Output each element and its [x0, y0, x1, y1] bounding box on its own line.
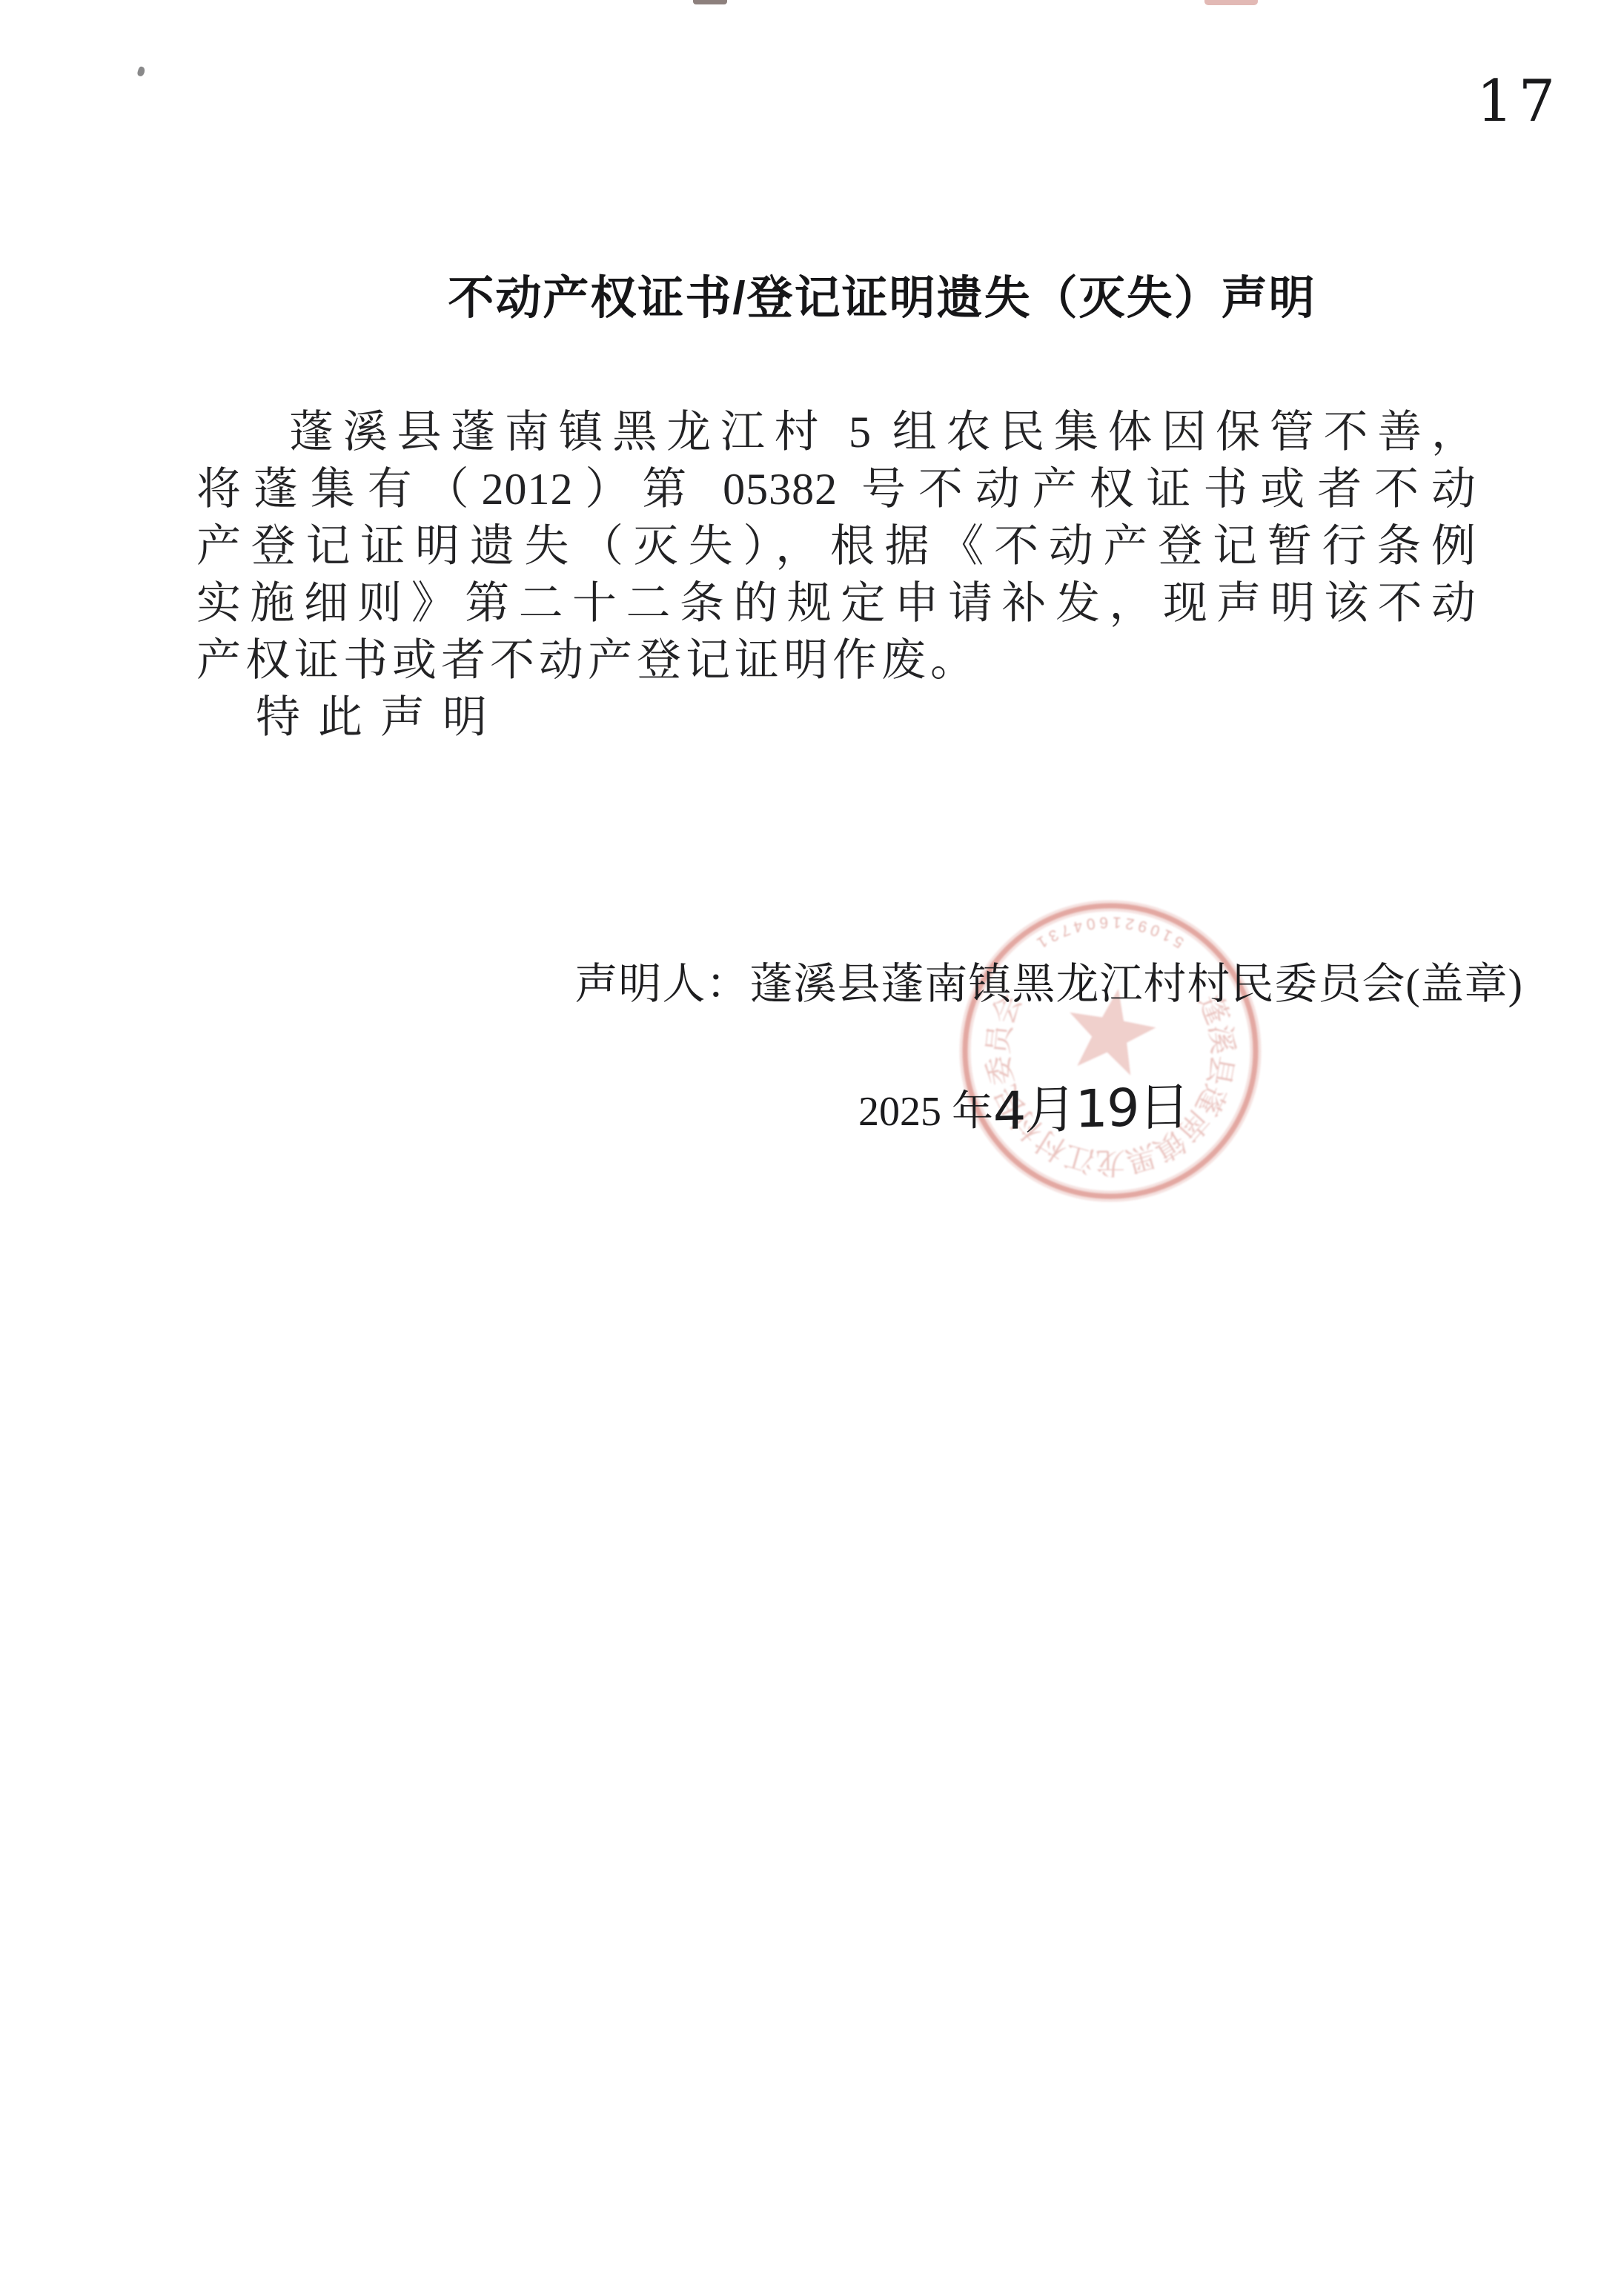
date-line: 2025 年4月19日 [858, 1066, 1189, 1141]
body-line: 将蓬集有（2012）第 05382 号不动产权证书或者不动 [196, 461, 1476, 518]
seal-glyph: 4 [1071, 917, 1084, 935]
body-line: 产权证书或者不动产登记证明作废。 [196, 632, 1476, 689]
scan-edge-artifact-pink [1204, 0, 1258, 5]
body-line: 蓬溪县蓬南镇黑龙江村 5 组农民集体因保管不善， [196, 404, 1476, 461]
scanned-document-page: 17 不动产权证书/登记证明遗失（灭失）声明 蓬溪县蓬南镇黑龙江村 5 组农民集… [0, 0, 1624, 2277]
seal-glyph: 7 [1058, 921, 1073, 940]
body-line: 产登记证明遗失（灭失），根据《不动产登记暂行条例 [196, 518, 1476, 575]
seal-glyph: 0 [1148, 921, 1162, 940]
seal-glyph: 1 [1159, 926, 1175, 945]
seal-glyph: 2 [1124, 915, 1136, 933]
seal-glyph: 9 [1136, 917, 1149, 935]
document-title: 不动产权证书/登记证明遗失（灭失）声明 [245, 261, 1519, 327]
seal-glyph: 1 [1112, 913, 1121, 931]
seal-glyph: 0 [1085, 915, 1096, 933]
declarant-signature-line: 声明人：蓬溪县蓬南镇黑龙江村村民委员会(盖章) [196, 949, 1523, 1011]
official-red-seal: 蓬溪县蓬南镇黑龙江村村民委员会 510921604731 [947, 888, 1273, 1214]
body-paragraph: 蓬溪县蓬南镇黑龙江村 5 组农民集体因保管不善， 将蓬集有（2012）第 053… [196, 404, 1476, 746]
date-printed-year: 2025 年 [858, 1089, 993, 1135]
scan-edge-artifact [693, 0, 727, 4]
date-handwritten-month-day: 4月19日 [993, 1065, 1189, 1145]
page-number: 17 [1476, 68, 1560, 135]
seal-glyph: 龙 [1096, 1146, 1125, 1179]
seal-glyph: 溪 [1203, 1023, 1239, 1055]
scan-speck-artifact [136, 66, 146, 77]
seal-glyph: 6 [1099, 913, 1109, 931]
closing-statement: 特此声明 [196, 689, 1476, 746]
body-line: 实施细则》第二十二条的规定申请补发，现声明该不动 [196, 575, 1476, 632]
